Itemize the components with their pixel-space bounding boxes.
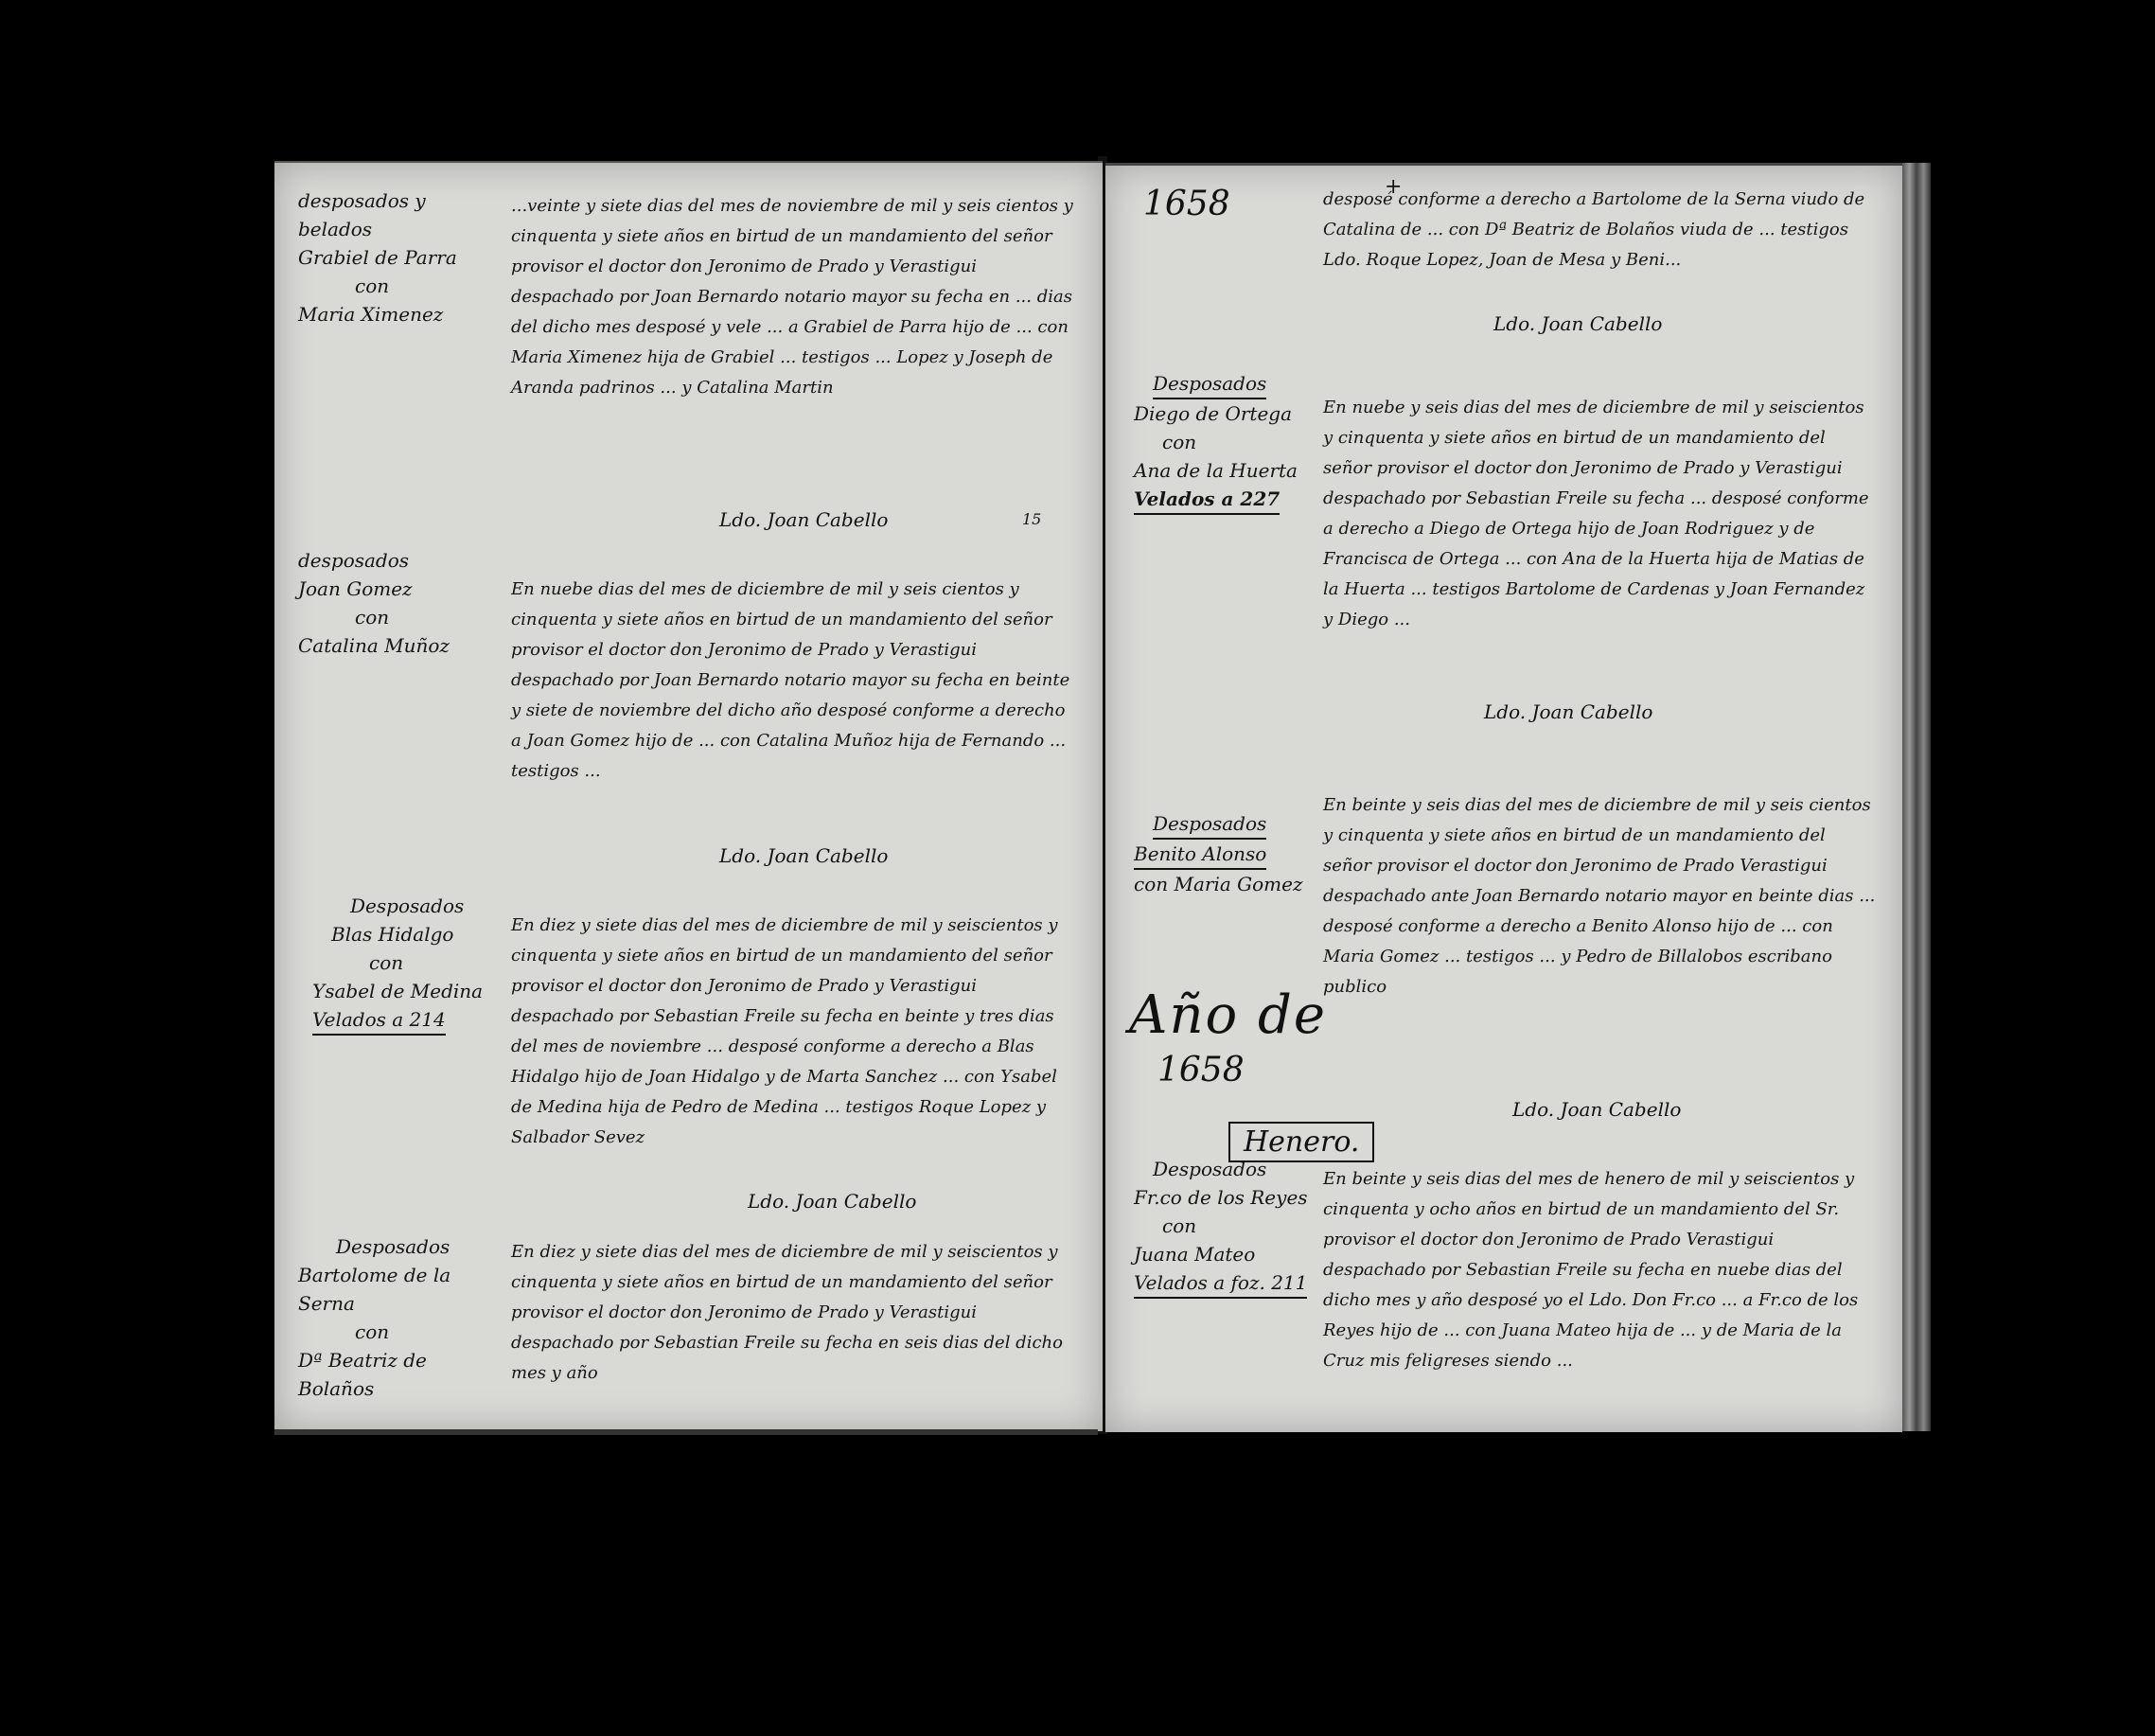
margin-note-r2: Desposados Benito Alonso con Maria Gomez xyxy=(1134,809,1323,898)
bride-name: Maria Ximenez xyxy=(298,300,478,328)
signature-r3: Ldo. Joan Cabello xyxy=(1512,1098,1681,1121)
groom-name: Blas Hidalgo xyxy=(312,920,502,948)
groom-name: Benito Alonso xyxy=(1134,840,1266,870)
page-stack-edge xyxy=(1902,163,1931,1431)
year-heading-line2: 1658 xyxy=(1157,1051,1245,1089)
margin-note-r3: Desposados Fr.co de los Reyes con Juana … xyxy=(1134,1155,1314,1299)
year-top: 1658 xyxy=(1143,185,1230,223)
velados-ref: Velados a foz. 211 xyxy=(1134,1268,1307,1299)
signature-2: Ldo. Joan Cabello xyxy=(719,844,888,867)
note-heading: Desposados xyxy=(1134,1155,1314,1183)
page-bottom-edge xyxy=(274,1429,1098,1435)
entry-r1: desposé conforme a derecho a Bartolome d… xyxy=(1323,185,1877,275)
note-heading: desposados y belados xyxy=(298,186,478,243)
groom-name: Grabiel de Parra xyxy=(298,243,478,272)
note-heading: desposados xyxy=(298,546,478,575)
con-text: con xyxy=(1134,1212,1314,1240)
margin-note-4: Desposados Bartolome de la Serna con Dª … xyxy=(298,1232,506,1403)
note-heading: Desposados xyxy=(1153,369,1266,399)
bride-name: Ana de la Huerta xyxy=(1134,456,1323,485)
entry-2: En nuebe dias del mes de diciembre de mi… xyxy=(511,575,1079,787)
entry-r3: En beinte y seis dias del mes de diciemb… xyxy=(1323,790,1877,1002)
signature-3: Ldo. Joan Cabello xyxy=(748,1190,916,1213)
margin-note-3: Desposados Blas Hidalgo con Ysabel de Me… xyxy=(312,892,502,1036)
groom-name: Bartolome de la Serna xyxy=(298,1261,506,1318)
entry-3: En diez y siete dias del mes de diciembr… xyxy=(511,911,1079,1153)
signature-r1: Ldo. Joan Cabello xyxy=(1493,312,1662,335)
folio-mark: 15 xyxy=(1022,508,1041,531)
note-heading: Desposados xyxy=(1153,809,1266,840)
entry-1: ...veinte y siete dias del mes de noviem… xyxy=(511,191,1079,403)
bride-name: Ysabel de Medina xyxy=(312,977,502,1005)
groom-name: Fr.co de los Reyes xyxy=(1134,1183,1314,1212)
bride-name: con Maria Gomez xyxy=(1134,870,1323,898)
right-page: 1658 + Desposados Diego de Ortega con An… xyxy=(1105,163,1902,1432)
groom-name: Diego de Ortega xyxy=(1134,399,1323,428)
entry-r4: En beinte y seis dias del mes de henero … xyxy=(1323,1164,1877,1376)
margin-note-2: desposados Joan Gomez con Catalina Muñoz xyxy=(298,546,478,660)
year-heading-line1: Año de xyxy=(1129,984,1327,1046)
margin-note-r1: Desposados Diego de Ortega con Ana de la… xyxy=(1134,369,1323,515)
con-text: con xyxy=(312,948,502,977)
signature-1: Ldo. Joan Cabello xyxy=(719,508,888,531)
entry-r2: En nuebe y seis dias del mes de diciembr… xyxy=(1323,393,1877,635)
groom-name: Joan Gomez xyxy=(298,575,478,603)
bride-name: Catalina Muñoz xyxy=(298,631,478,660)
note-heading: Desposados xyxy=(298,1232,506,1261)
entry-4: En diez y siete dias del mes de diciembr… xyxy=(511,1237,1079,1389)
margin-note-1: desposados y belados Grabiel de Parra co… xyxy=(298,186,478,328)
con-text: con xyxy=(298,603,478,631)
con-text: con xyxy=(298,1318,506,1346)
note-heading: Desposados xyxy=(312,892,502,920)
left-page: desposados y belados Grabiel de Parra co… xyxy=(274,161,1103,1431)
con-text: con xyxy=(298,272,478,300)
velados-ref: Velados a 214 xyxy=(312,1005,446,1036)
bride-name: Dª Beatriz de Bolaños xyxy=(298,1346,506,1403)
con-text: con xyxy=(1134,428,1323,456)
bride-name: Juana Mateo xyxy=(1134,1240,1314,1268)
velados-ref: Velados a 227 xyxy=(1134,485,1280,515)
signature-r2: Ldo. Joan Cabello xyxy=(1484,700,1652,723)
